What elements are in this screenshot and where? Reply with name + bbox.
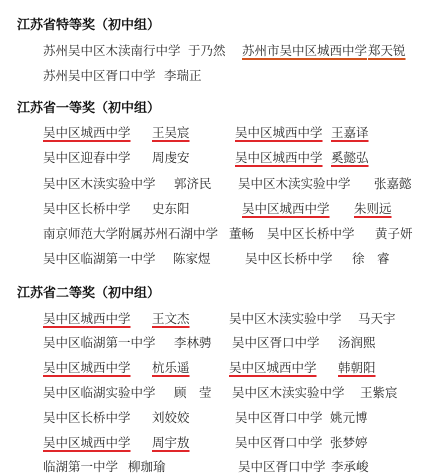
winner-school-highlighted: 吴中区城西中学 <box>43 359 131 377</box>
award-row: 吴中区城西中学 杭乐遥 吴中区城西中学 韩朝阳 <box>0 359 442 379</box>
winner-name-highlighted: 奚懿弘 <box>331 149 369 167</box>
winner-school: 吴中区胥口中学 <box>232 334 320 352</box>
winner-name-highlighted: 韩朝阳 <box>338 359 376 377</box>
winner-name: 黄子妍 <box>375 225 413 243</box>
award-row: 吴中区城西中学 周宇敖 吴中区胥口中学 张梦婷 <box>0 434 442 454</box>
winner-school: 吴中区胥口中学 <box>238 458 326 476</box>
winner-name-highlighted: 杭乐遥 <box>152 359 190 377</box>
award-row: 苏州吴中区胥口中学 李瑞正 <box>0 67 442 87</box>
winner-name: 顾 莹 <box>174 384 212 402</box>
award-row: 吴中区迎春中学 周虔安 吴中区城西中学 奚懿弘 <box>0 149 442 169</box>
winner-name: 王紫宸 <box>360 384 398 402</box>
winner-school-highlighted: 吴中区城西中学 <box>235 149 323 167</box>
winner-name-highlighted: 王吴宸 <box>152 124 190 142</box>
winner-school-highlighted: 吴中区城西中学 <box>43 434 131 452</box>
winner-name: 郭济民 <box>174 175 212 193</box>
winner-name: 汤润熙 <box>338 334 376 352</box>
winner-school: 吴中区长桥中学 <box>245 250 333 268</box>
winner-school: 吴中区迎春中学 <box>43 149 131 167</box>
winner-school-highlighted: 苏州市吴中区城西中学 <box>242 42 367 60</box>
winner-school-highlighted: 吴中区城西中学 <box>235 124 323 142</box>
winner-school-highlighted: 吴中区城西中学 <box>43 310 131 328</box>
winner-name-highlighted: 周宇敖 <box>152 434 190 452</box>
section-heading-first-prize: 江苏省一等奖（初中组） <box>17 97 160 116</box>
winner-school: 吴中区长桥中学 <box>43 409 131 427</box>
award-row: 吴中区临湖第一中学 陈家煜 吴中区长桥中学 徐 睿 <box>0 250 442 270</box>
winner-name: 马天宇 <box>358 310 396 328</box>
winner-school: 吴中区长桥中学 <box>43 200 131 218</box>
winner-name: 张梦婷 <box>330 434 368 452</box>
winner-school: 吴中区木渎实验中学 <box>229 310 342 328</box>
winner-school: 吴中区长桥中学 <box>267 225 355 243</box>
winner-school: 吴中区临湖第一中学 <box>43 334 156 352</box>
winner-school: 吴中区木渎实验中学 <box>232 384 345 402</box>
winner-school: 吴中区临湖实验中学 <box>43 384 156 402</box>
winner-name-highlighted: 王嘉译 <box>331 124 369 142</box>
award-row: 吴中区临湖实验中学 顾 莹 吴中区木渎实验中学 王紫宸 <box>0 384 442 404</box>
winner-name: 陈家煜 <box>173 250 211 268</box>
winner-name: 于乃然 <box>188 42 226 60</box>
winner-school: 吴中区胥口中学 <box>235 434 323 452</box>
award-row: 吴中区城西中学 王吴宸 吴中区城西中学 王嘉译 <box>0 124 442 144</box>
award-row: 吴中区长桥中学 刘姣姣 吴中区胥口中学 姚元博 <box>0 409 442 429</box>
winner-name: 史东阳 <box>152 200 190 218</box>
winner-school-highlighted: 吴中区城西中学 <box>43 124 131 142</box>
winner-school: 吴中区胥口中学 <box>235 409 323 427</box>
winner-name-highlighted: 王文杰 <box>152 310 190 328</box>
winner-school-highlighted: 吴中区城西中学 <box>242 200 330 218</box>
winner-school: 苏州吴中区木渎南行中学 <box>43 42 181 60</box>
award-row: 苏州吴中区木渎南行中学 于乃然 苏州市吴中区城西中学 郑天锐 <box>0 42 442 62</box>
award-row: 吴中区城西中学 王文杰 吴中区木渎实验中学 马天宇 <box>0 310 442 330</box>
winner-name: 李瑞正 <box>164 67 202 85</box>
winner-name: 姚元博 <box>330 409 368 427</box>
winner-school: 吴中区木渎实验中学 <box>43 175 156 193</box>
section-heading-special-prize: 江苏省特等奖（初中组） <box>17 14 160 33</box>
winner-name: 徐 睿 <box>352 250 390 268</box>
award-row: 南京师范大学附属苏州石湖中学 董畅 吴中区长桥中学 黄子妍 <box>0 225 442 245</box>
winner-school: 苏州吴中区胥口中学 <box>43 67 156 85</box>
award-row: 吴中区木渎实验中学 郭济民 吴中区木渎实验中学 张嘉懿 <box>0 175 442 195</box>
section-heading-second-prize: 江苏省二等奖（初中组） <box>17 282 160 301</box>
winner-name: 周虔安 <box>152 149 190 167</box>
winner-school: 吴中区临湖第一中学 <box>43 250 156 268</box>
winner-name: 李承峻 <box>331 458 369 476</box>
award-row: 吴中区长桥中学 史东阳 吴中区城西中学 朱则远 <box>0 200 442 220</box>
winner-name-highlighted: 朱则远 <box>354 200 392 218</box>
winner-name-highlighted: 郑天锐 <box>368 42 406 60</box>
winner-name: 柳珈瑜 <box>128 458 166 476</box>
winner-name: 董畅 <box>229 225 254 243</box>
winner-name: 李林骋 <box>174 334 212 352</box>
award-row: 吴中区临湖第一中学 李林骋 吴中区胥口中学 汤润熙 <box>0 334 442 354</box>
winner-school: 南京师范大学附属苏州石湖中学 <box>43 225 218 243</box>
winner-name: 刘姣姣 <box>152 409 190 427</box>
winner-school-highlighted: 吴中区城西中学 <box>229 359 317 377</box>
winner-school: 临湖第一中学 <box>43 458 118 476</box>
winner-name: 张嘉懿 <box>374 175 412 193</box>
award-row: 临湖第一中学 柳珈瑜 吴中区胥口中学 李承峻 <box>0 458 442 476</box>
winner-school: 吴中区木渎实验中学 <box>238 175 351 193</box>
